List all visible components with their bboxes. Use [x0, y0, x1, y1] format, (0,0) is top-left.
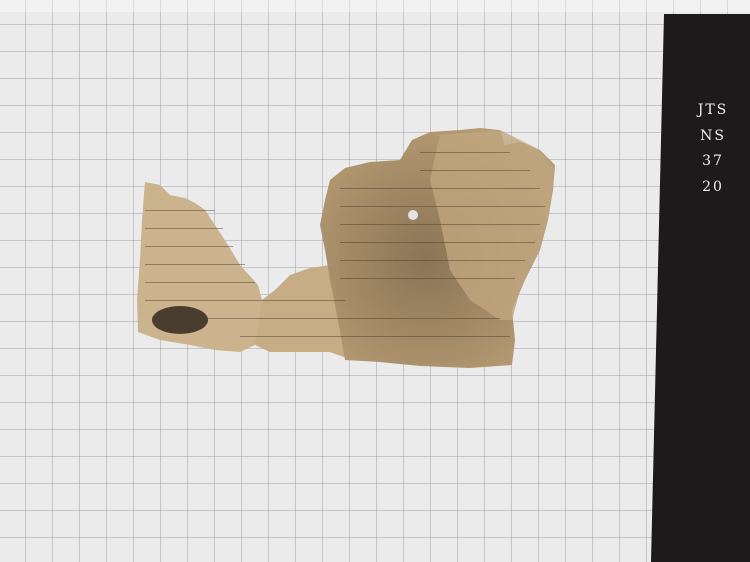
shelfmark-label	[651, 14, 750, 562]
shelfmark-text: JTS NS 37 20	[683, 98, 743, 200]
shelfmark-line-4: 20	[683, 175, 743, 201]
shelfmark-line-2: NS	[683, 124, 743, 150]
ink-blot	[152, 306, 208, 334]
shelfmark-line-1: JTS	[683, 98, 743, 124]
manuscript-fragment	[0, 0, 750, 562]
shelfmark-line-3: 37	[683, 149, 743, 175]
